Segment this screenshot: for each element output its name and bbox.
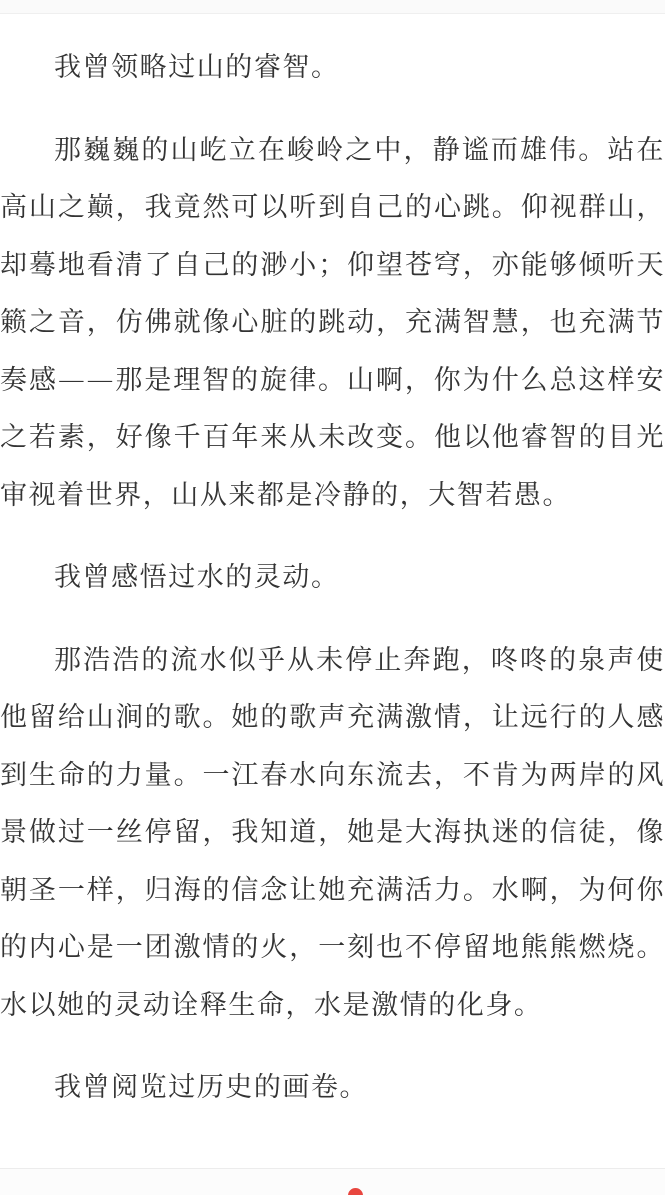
paragraph: 我曾阅览过历史的画卷。 <box>0 1059 665 1117</box>
paragraph: 那巍巍的山屹立在峻岭之中，静谧而雄伟。站在高山之巅，我竟然可以听到自己的心跳。仰… <box>0 122 665 525</box>
essay-body: 我曾领略过山的睿智。那巍巍的山屹立在峻岭之中，静谧而雄伟。站在高山之巅，我竟然可… <box>0 14 665 1142</box>
paragraph: 那浩浩的流水似乎从未停止奔跑，咚咚的泉声使他留给山涧的歌。她的歌声充满激情，让远… <box>0 632 665 1035</box>
footer-bar <box>0 1168 665 1195</box>
header-strip-divider <box>0 0 665 14</box>
paragraph: 我曾感悟过水的灵动。 <box>0 549 665 607</box>
paragraph: 我曾领略过山的睿智。 <box>0 39 665 97</box>
